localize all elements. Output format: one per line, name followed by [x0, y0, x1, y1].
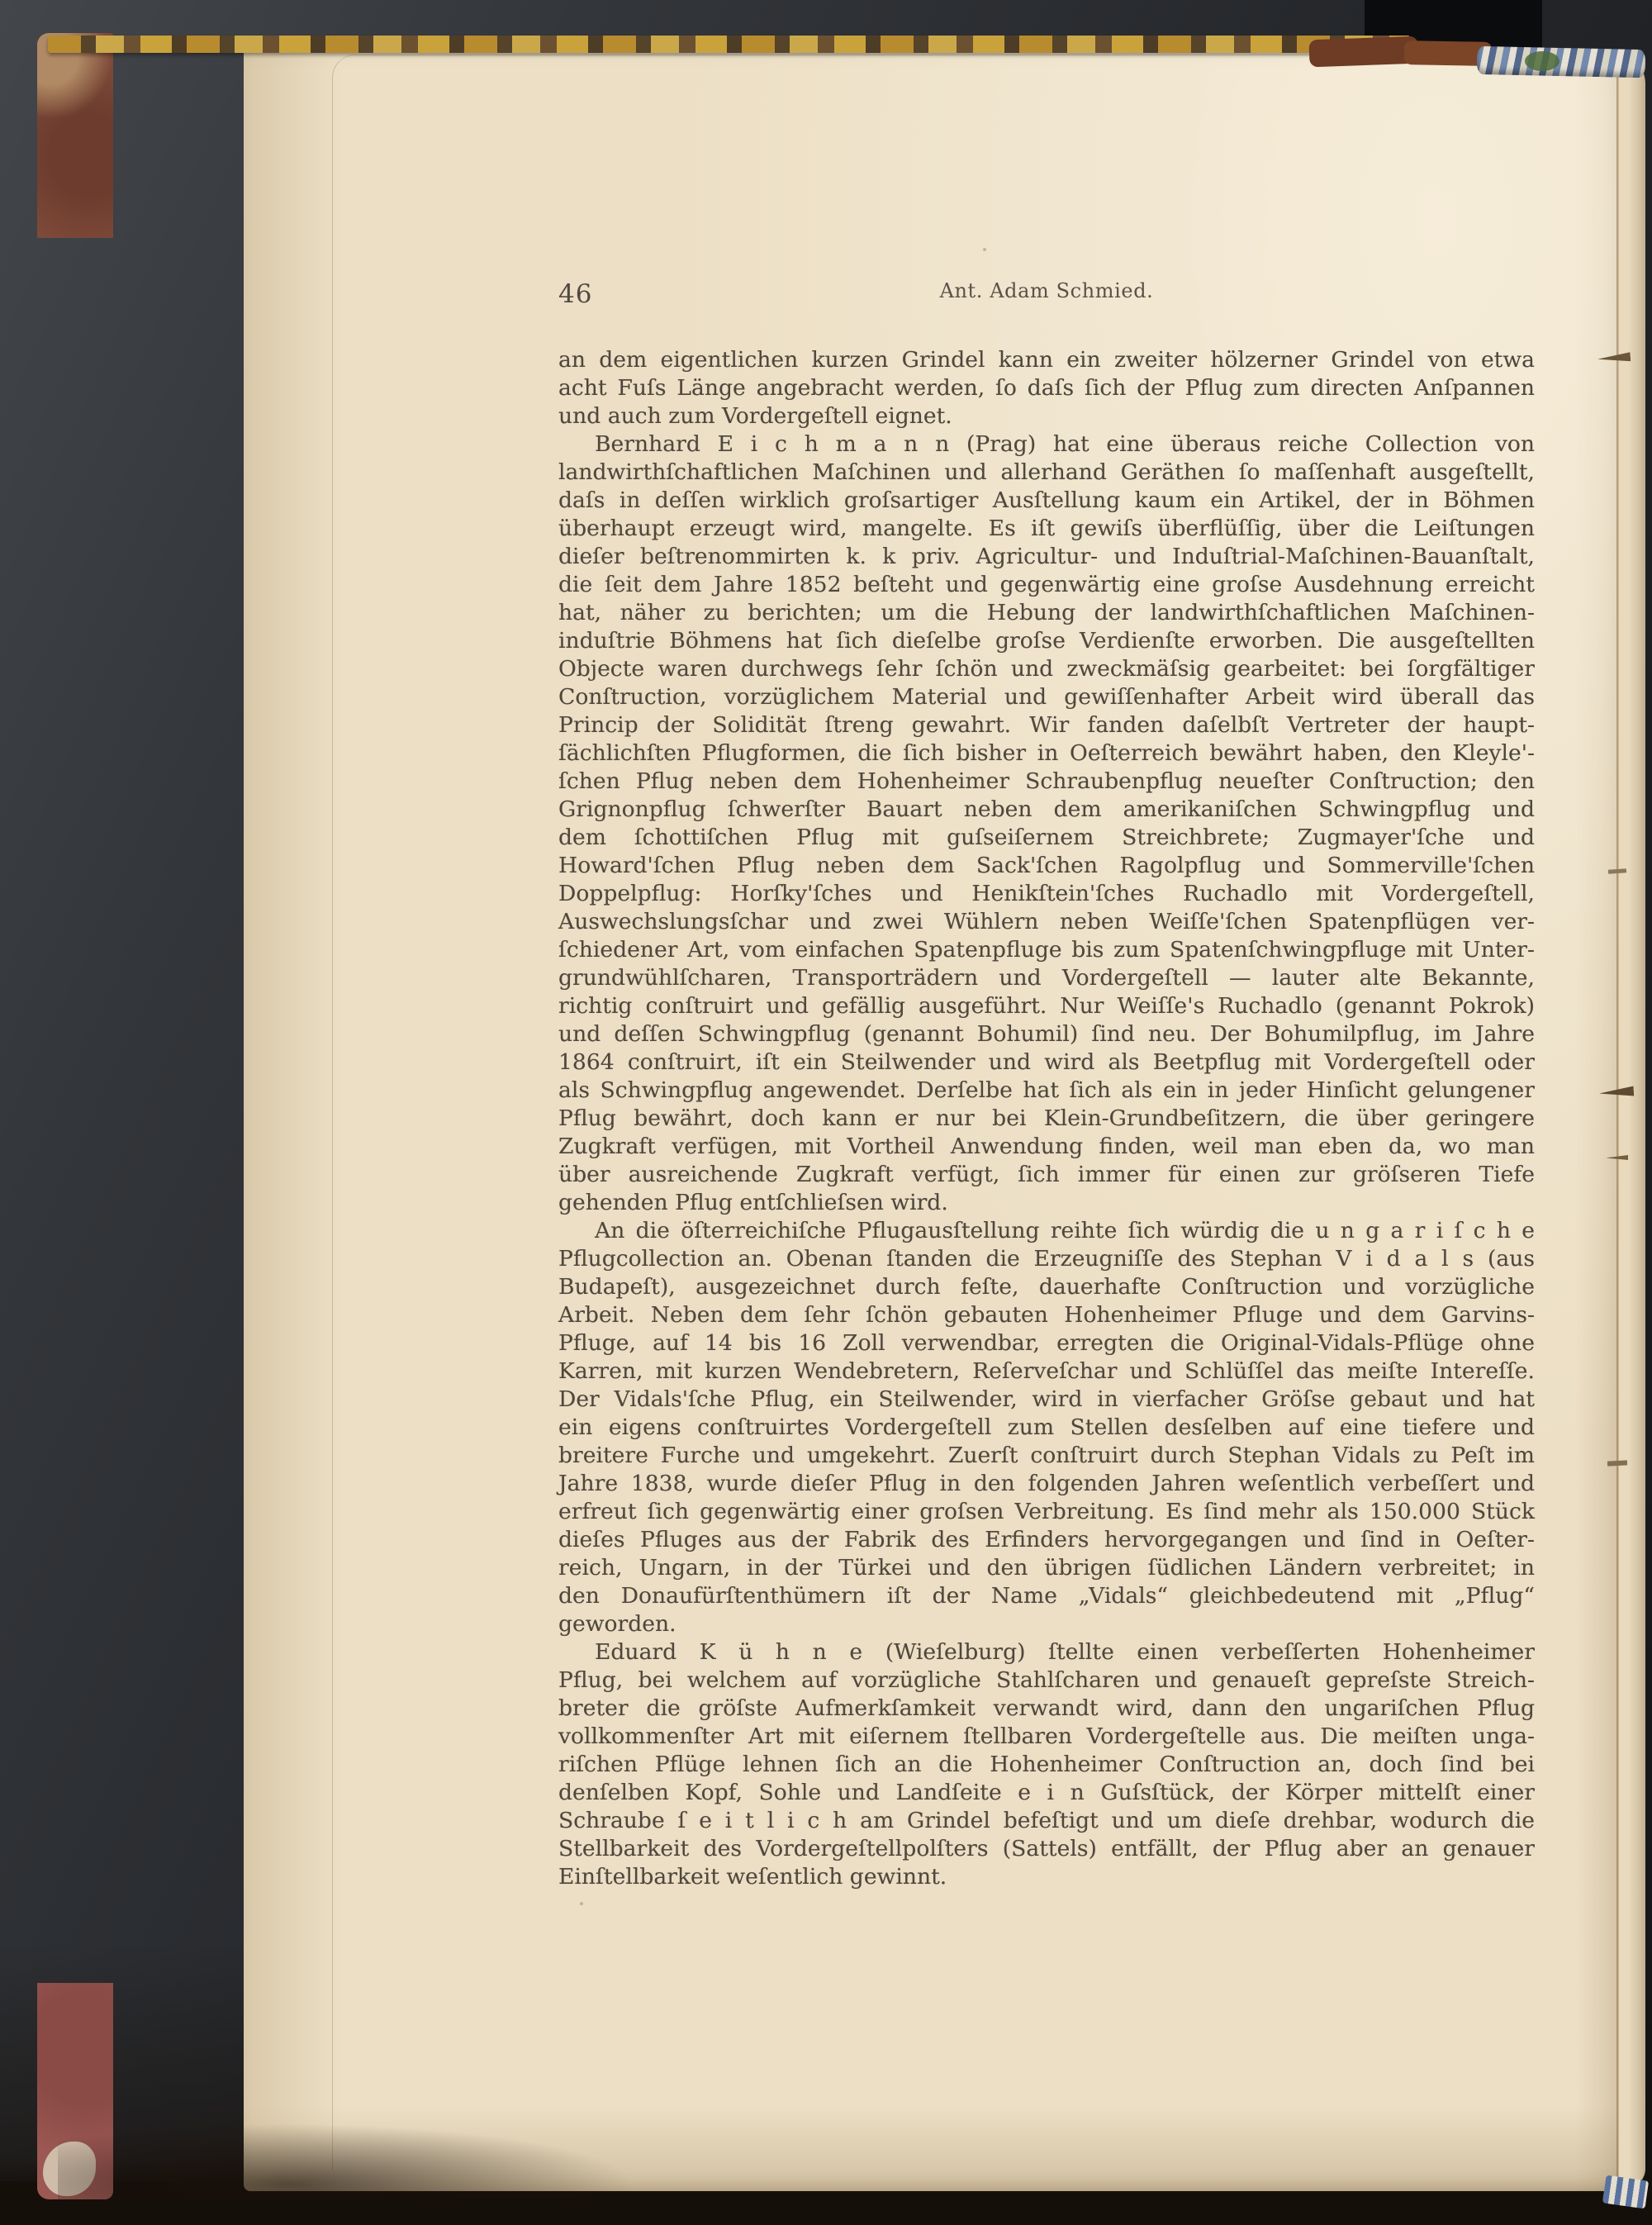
text-line: dieſer beſtrenommirten k. k priv. Agricu… [558, 543, 1535, 571]
text-line: reich, Ungarn, in der Türkei und den übr… [558, 1554, 1535, 1582]
text-line: Arbeit. Neben dem ſehr ſchön gebauten Ho… [558, 1301, 1535, 1329]
text-line: hat, näher zu berichten; um die Hebung d… [558, 599, 1535, 627]
text-line: vollkommenſter Art mit eiſernem ſtellbar… [558, 1723, 1535, 1751]
text-line: Princip der Solidität ſtreng gewahrt. Wi… [558, 711, 1535, 739]
text-line: Bernhard E i c h m a n n (Prag) hat eine… [558, 430, 1535, 459]
text-line: geworden. [558, 1610, 1535, 1638]
text-line: Jahre 1838, wurde dieſer Pflug in den fo… [558, 1470, 1535, 1498]
text-line: Einſtellbarkeit weſentlich gewinnt. [558, 1863, 1535, 1891]
text-line: dieſes Pfluges aus der Fabrik des Erfind… [558, 1526, 1535, 1554]
text-line: breitere Furche und umgekehrt. Zuerſt co… [558, 1442, 1535, 1470]
text-line: riſchen Pflüge lehnen ſich an die Hohenh… [558, 1751, 1535, 1779]
leather-fragment [1308, 36, 1418, 68]
page-gutter-edge [1616, 55, 1645, 2186]
text-line: ein eigens conſtruirtes Vordergeſtell zu… [558, 1414, 1535, 1442]
text-line: Conſtruction, vorzüglichem Material und … [558, 683, 1535, 711]
text-line: den Donaufürſtenthümern iſt der Name „Vi… [558, 1582, 1535, 1610]
headband-green-thread [1525, 51, 1559, 71]
text-line: Auswechslungsſchar und zwei Wühlern nebe… [558, 908, 1535, 936]
text-line: Grignonpflug ſchwerſter Bauart neben dem… [558, 796, 1535, 824]
cover-top-marbled-edge [48, 36, 1411, 53]
text-line: richtig conſtruirt und gefällig ausgefüh… [558, 992, 1535, 1020]
text-line: induſtrie Böhmens hat ſich dieſelbe groſ… [558, 627, 1535, 655]
text-line: Pfluge, auf 14 bis 16 Zoll verwendbar, e… [558, 1329, 1535, 1357]
body-text: an dem eigentlichen kurzen Grindel kann … [558, 346, 1535, 1891]
text-line: Zugkraft verfügen, mit Vortheil Anwendun… [558, 1133, 1535, 1161]
text-line: erfreut ſich gegenwärtig einer groſsen V… [558, 1498, 1535, 1526]
text-line: Pflug, bei welchem auf vorzügliche Stahl… [558, 1666, 1535, 1695]
page-header: 46 Ant. Adam Schmied. [558, 279, 1535, 302]
text-line: landwirthſchaftlichen Maſchinen und alle… [558, 459, 1535, 487]
scanned-book-photo: { "page": { "number": "46", "running_hea… [0, 0, 1652, 2225]
text-line: Objecte waren durchwegs ſehr ſchön und z… [558, 655, 1535, 683]
text-line: Pflug bewährt, doch kann er nur bei Klei… [558, 1105, 1535, 1133]
tailband [1602, 2175, 1649, 2209]
running-header: Ant. Adam Schmied. [558, 279, 1535, 302]
text-line: und deſſen Schwingpflug (genannt Bohumil… [558, 1020, 1535, 1048]
text-line: daſs in deſſen wirklich groſsartiger Aus… [558, 487, 1535, 515]
paper-speck [983, 248, 986, 251]
text-line: acht Fuſs Länge angebracht werden, ſo da… [558, 374, 1535, 402]
text-line: überhaupt erzeugt wird, mangelte. Es iſt… [558, 515, 1535, 543]
text-line: und auch zum Vordergeſtell eignet. [558, 402, 1535, 430]
text-line: Doppelpflug: Horſky'ſches und Henikſtein… [558, 880, 1535, 908]
text-line: die ſeit dem Jahre 1852 beſteht und gege… [558, 571, 1535, 599]
text-line: Eduard K ü h n e (Wieſelburg) ſtellte ei… [558, 1638, 1535, 1666]
text-line: ſächlichſten Pflugformen, die ſich bishe… [558, 739, 1535, 768]
text-line: ſchiedener Art, vom einfachen Spatenpflu… [558, 936, 1535, 964]
text-line: ſchen Pflug neben dem Hohenheimer Schrau… [558, 768, 1535, 796]
text-line: gehenden Pflug entſchlieſsen wird. [558, 1189, 1535, 1217]
headband [1477, 46, 1646, 78]
text-line: Der Vidals'ſche Pflug, ein Steilwender, … [558, 1386, 1535, 1414]
text-line: über ausreichende Zugkraft verfügt, ſich… [558, 1161, 1535, 1189]
text-line: Schraube ſ e i t l i c h am Grindel befe… [558, 1807, 1535, 1835]
text-line: 1864 conſtruirt, iſt ein Steilwender und… [558, 1048, 1535, 1077]
page-edge-tear-mark [1607, 1460, 1627, 1466]
paper-speck [580, 1902, 583, 1905]
text-line: denſelben Kopf, Sohle und Landſeite e i … [558, 1779, 1535, 1807]
text-line: als Schwingpflug angewendet. Derſelbe ha… [558, 1077, 1535, 1105]
text-line: Pflugcollection an. Obenan ſtanden die E… [558, 1245, 1535, 1273]
text-line: Budapeſt), ausgezeichnet durch feſte, da… [558, 1273, 1535, 1301]
text-line: grundwühlſcharen, Transporträdern und Vo… [558, 964, 1535, 992]
text-line: An die öſterreichiſche Pflugausſtellung … [558, 1217, 1535, 1245]
text-line: breter die gröſste Aufmerkſamkeit verwan… [558, 1695, 1535, 1723]
text-line: Stellbarkeit des Vordergeſtellpolſters (… [558, 1835, 1535, 1863]
text-line: an dem eigentlichen kurzen Grindel kann … [558, 346, 1535, 374]
stack-bottom-shadow [58, 2123, 636, 2199]
page-number: 46 [558, 279, 592, 309]
text-line: Karren, mit kurzen Wendebretern, Reſerve… [558, 1357, 1535, 1386]
text-line: dem ſchottiſchen Pflug mit guſseiſernem … [558, 824, 1535, 852]
text-line: Howard'ſchen Pflug neben dem Sack'ſchen … [558, 852, 1535, 880]
